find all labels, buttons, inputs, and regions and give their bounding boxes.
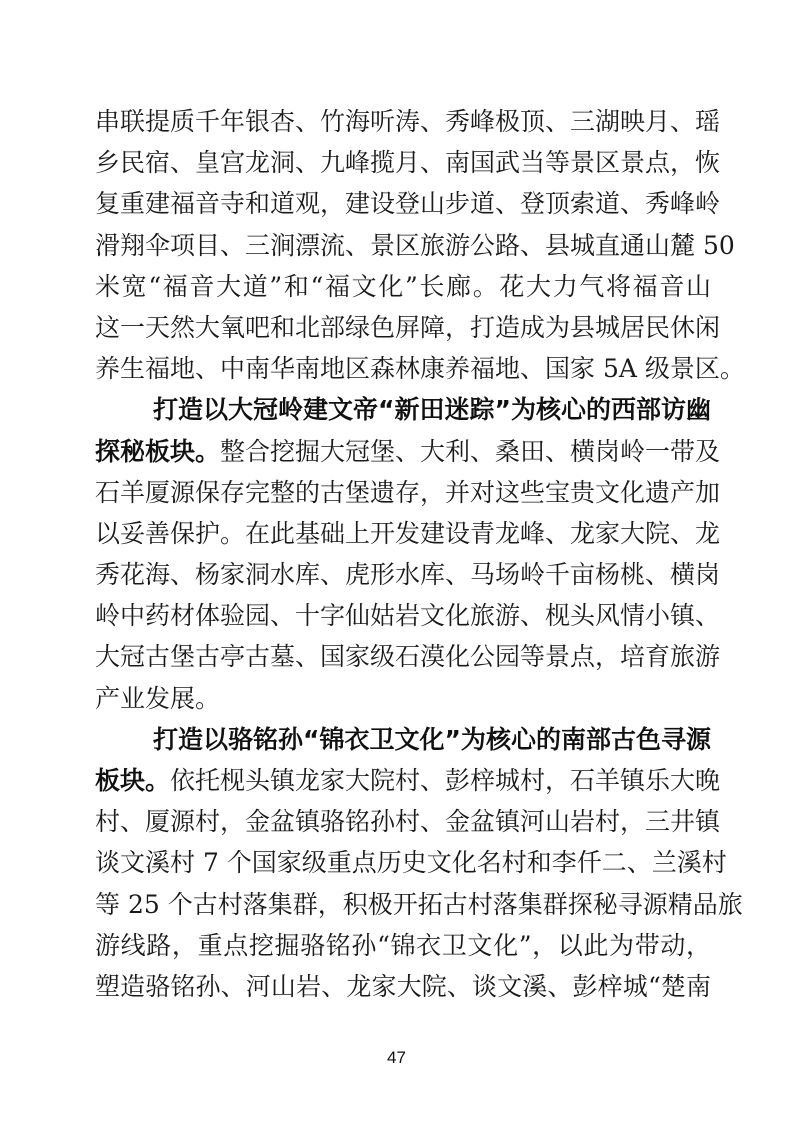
- text-line: 这一天然大氧吧和北部绿色屏障，打造成为县城居民休闲: [95, 307, 711, 348]
- text-line: 以妥善保护。在此基础上开发建设青龙峰、龙家大院、龙: [95, 513, 711, 554]
- text-line: 串联提质千年银杏、竹海听涛、秀峰极顶、三湖映月、瑶: [95, 101, 711, 142]
- text-line: 复重建福音寺和道观，建设登山步道、登顶索道、秀峰岭: [95, 183, 711, 224]
- text-line: 米宽“福音大道”和“福文化”长廊。花大力气将福音山: [95, 266, 711, 307]
- text-line: 秀花海、杨家洞水库、虎形水库、马场岭千亩杨桃、横岗: [95, 554, 711, 595]
- text-line: 游线路，重点挖掘骆铭孙“锦衣卫文化”，以此为带动，: [95, 925, 711, 966]
- section-heading: 打造以骆铭孙“锦衣卫文化”为核心的南部古色寻源: [95, 719, 711, 760]
- text-line: 谈文溪村 7 个国家级重点历史文化名村和李仟二、兰溪村: [95, 842, 711, 883]
- paragraph-western-section: 打造以大冠岭建文帝“新田迷踪”为核心的西部访幽 探秘板块。整合挖掘大冠堡、大利、…: [95, 389, 711, 719]
- text-span: 整合挖掘大冠堡、大利、桑田、横岗岭一带及: [220, 437, 720, 466]
- section-heading: 打造以大冠岭建文帝“新田迷踪”为核心的西部访幽: [95, 389, 711, 430]
- page-number: 47: [0, 1048, 793, 1068]
- text-line: 岭中药材体验园、十字仙姑岩文化旅游、枧头风情小镇、: [95, 595, 711, 636]
- paragraph-fuyinshan: 串联提质千年银杏、竹海听涛、秀峰极顶、三湖映月、瑶 乡民宿、皇宫龙洞、九峰揽月、…: [95, 101, 711, 389]
- text-span: 依托枧头镇龙家大院村、彭梓城村，石羊镇乐大晚: [170, 766, 720, 795]
- text-line: 滑翔伞项目、三涧漂流、景区旅游公路、县城直通山麓 50: [95, 225, 711, 266]
- section-heading-end: 板块。: [95, 766, 170, 795]
- paragraph-southern-section: 打造以骆铭孙“锦衣卫文化”为核心的南部古色寻源 板块。依托枧头镇龙家大院村、彭梓…: [95, 719, 711, 1007]
- text-line: 养生福地、中南华南地区森林康养福地、国家 5A 级景区。: [95, 348, 711, 389]
- document-body: 串联提质千年银杏、竹海听涛、秀峰极顶、三湖映月、瑶 乡民宿、皇宫龙洞、九峰揽月、…: [95, 101, 711, 1007]
- text-line: 板块。依托枧头镇龙家大院村、彭梓城村，石羊镇乐大晚: [95, 760, 711, 801]
- text-line: 产业发展。: [95, 678, 711, 719]
- text-line: 石羊厦源保存完整的古堡遗存，并对这些宝贵文化遗产加: [95, 472, 711, 513]
- text-line: 乡民宿、皇宫龙洞、九峰揽月、南国武当等景区景点，恢: [95, 142, 711, 183]
- text-line: 塑造骆铭孙、河山岩、龙家大院、谈文溪、彭梓城“楚南: [95, 966, 711, 1007]
- section-heading-end: 探秘板块。: [95, 437, 220, 466]
- text-line: 等 25 个古村落集群，积极开拓古村落集群探秘寻源精品旅: [95, 884, 711, 925]
- text-line: 大冠古堡古亭古墓、国家级石漠化公园等景点，培育旅游: [95, 636, 711, 677]
- text-line: 村、厦源村，金盆镇骆铭孙村、金盆镇河山岩村，三井镇: [95, 801, 711, 842]
- text-line: 探秘板块。整合挖掘大冠堡、大利、桑田、横岗岭一带及: [95, 431, 711, 472]
